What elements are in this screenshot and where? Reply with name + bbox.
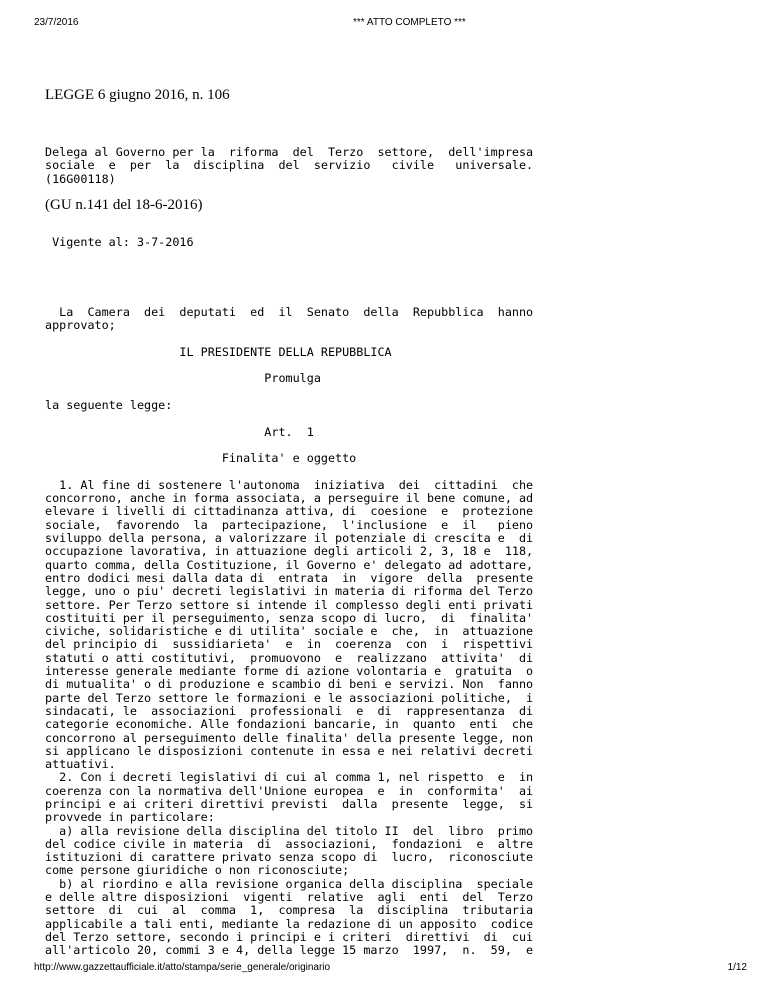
- gu-reference: (GU n.141 del 18-6-2016): [45, 196, 202, 214]
- print-footer-url: http://www.gazzettaufficiale.it/atto/sta…: [34, 962, 330, 973]
- print-header-date: 23/7/2016: [34, 17, 79, 28]
- printed-document-page: 23/7/2016 *** ATTO COMPLETO *** LEGGE 6 …: [0, 0, 768, 994]
- print-header-doc-type: *** ATTO COMPLETO ***: [353, 17, 466, 28]
- law-subject: Delega al Governo per la riforma del Ter…: [45, 146, 533, 186]
- validity-note: Vigente al: 3-7-2016: [45, 236, 194, 249]
- print-footer-page-number: 1/12: [728, 962, 747, 973]
- law-body-text: La Camera dei deputati ed il Senato dell…: [45, 306, 533, 958]
- law-title: LEGGE 6 giugno 2016, n. 106: [45, 86, 230, 104]
